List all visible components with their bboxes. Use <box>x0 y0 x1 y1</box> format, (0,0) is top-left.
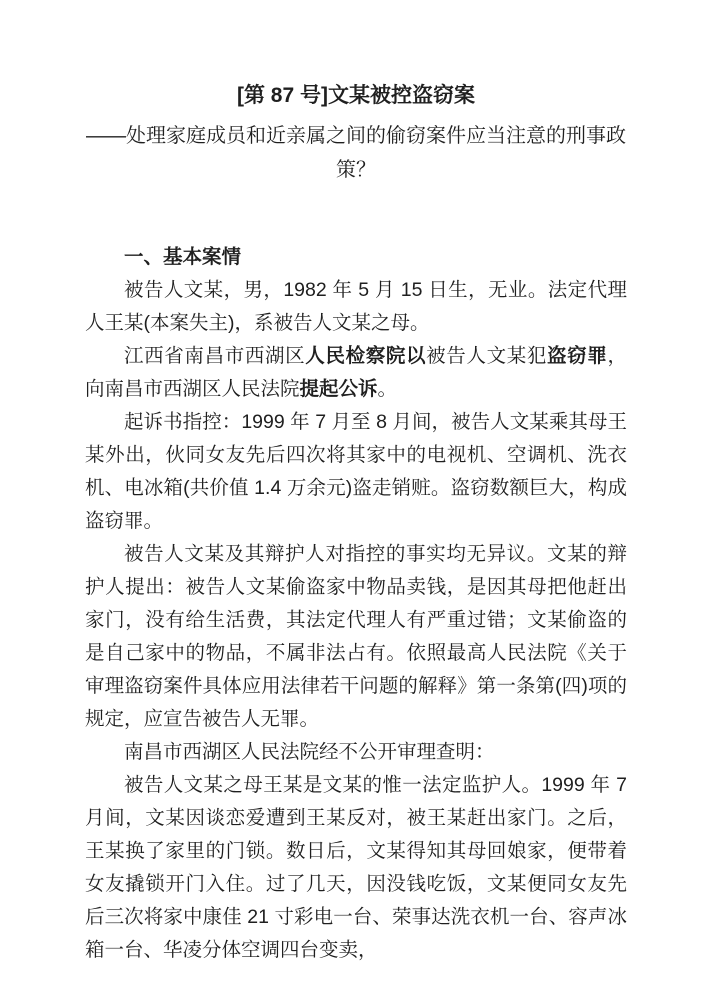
case-subtitle: ——处理家庭成员和近亲属之间的偷窃案件应当注意的刑事政策？ <box>85 119 627 187</box>
section-heading-basic-facts: 一、基本案情 <box>85 241 627 274</box>
paragraph-defense-argument: 被告人文某及其辩护人对指控的事实均无异议。文某的辩护人提出：被告人文某偷盗家中物… <box>85 538 627 736</box>
document-page: [第 87 号]文某被控盗窃案 ——处理家庭成员和近亲属之间的偷窃案件应当注意的… <box>0 0 707 999</box>
case-title: [第 87 号]文某被控盗窃案 <box>85 79 627 113</box>
paragraph-indictment: 起诉书指控：1999 年 7 月至 8 月间，被告人文某乘其母王某外出，伙同女友… <box>85 406 627 538</box>
paragraph-court-finding-intro: 南昌市西湖区人民法院经不公开审理查明： <box>85 736 627 769</box>
paragraph-prosecution: 江西省南昌市西湖区人民检察院以被告人文某犯盗窃罪，向南昌市西湖区人民法院提起公诉… <box>85 340 627 406</box>
text-run: 江西省南昌市西湖区 <box>124 345 305 367</box>
text-run: 被告人文某犯 <box>426 345 547 367</box>
text-run-bold: 提起公诉 <box>300 378 378 400</box>
text-run: 。 <box>378 378 398 400</box>
document-content: [第 87 号]文某被控盗窃案 ——处理家庭成员和近亲属之间的偷窃案件应当注意的… <box>0 0 707 967</box>
text-run-bold: 盗窃罪 <box>547 345 607 367</box>
paragraph-defendant-info: 被告人文某，男，1982 年 5 月 15 日生，无业。法定代理人王某(本案失主… <box>85 274 627 340</box>
text-run-bold: 人民检察院以 <box>305 345 426 367</box>
paragraph-court-finding-facts: 被告人文某之母王某是文某的惟一法定监护人。1999 年 7 月间，文某因谈恋爱遭… <box>85 769 627 967</box>
